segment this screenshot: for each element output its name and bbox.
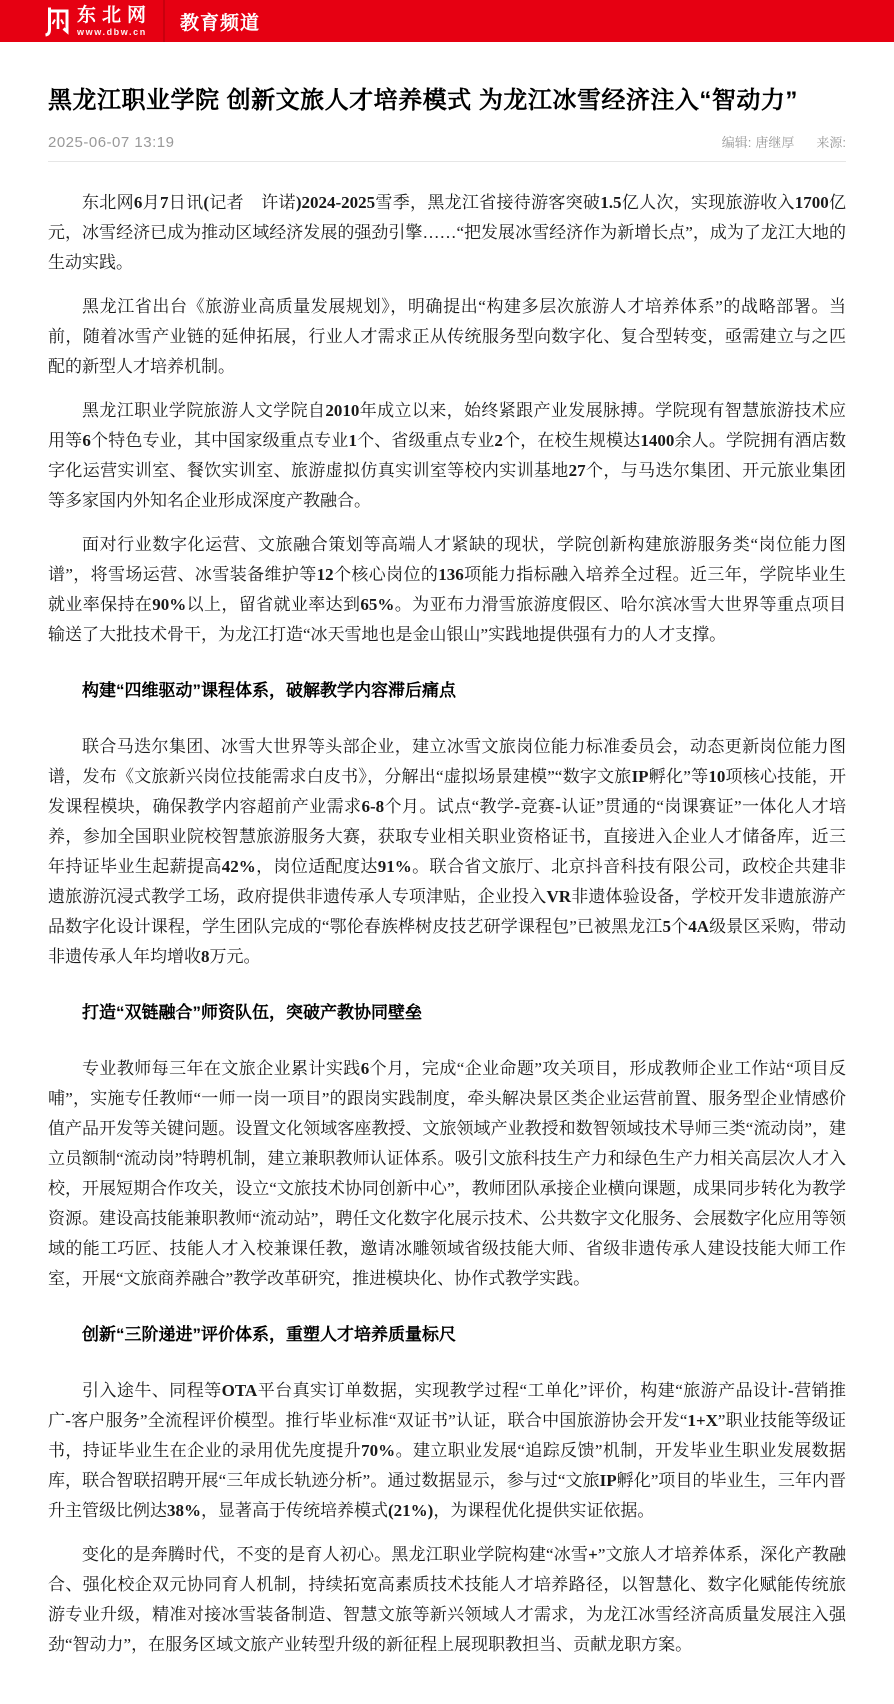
source-label: 来源:: [816, 135, 846, 150]
publish-time: 2025-06-07 13:19: [48, 134, 174, 151]
article-paragraph: 联合马迭尔集团、冰雪大世界等头部企业，建立冰雪文旅岗位能力标准委员会，动态更新岗…: [48, 732, 846, 972]
section-heading: 创新“三阶递进”评价体系，重塑人才培养质量标尺: [48, 1320, 846, 1350]
dbw-logo-icon: [44, 5, 70, 37]
editor-name: 唐继厚: [755, 135, 794, 150]
article-paragraph: 变化的是奔腾时代，不变的是育人初心。黑龙江职业学院构建“冰雪+”文旅人才培养体系…: [48, 1540, 846, 1660]
channel-tab[interactable]: 教育频道: [165, 0, 260, 42]
page-title: 黑龙江职业学院 创新文旅人才培养模式 为龙江冰雪经济注入“智动力”: [48, 84, 846, 118]
section-heading: 打造“双链融合”师资队伍，突破产教协同壁垒: [48, 998, 846, 1028]
article-page: 黑龙江职业学院 创新文旅人才培养模式 为龙江冰雪经济注入“智动力” 2025-0…: [0, 84, 894, 1704]
article-paragraph: 黑龙江省出台《旅游业高质量发展规划》，明确提出“构建多层次旅游人才培养体系”的战…: [48, 292, 846, 382]
logo-url: www.dbw.cn: [77, 27, 152, 37]
top-bar: 东北网 www.dbw.cn 教育频道: [0, 0, 894, 42]
article-paragraph: 东北网6月7日讯(记者 许诺)2024-2025雪季，黑龙江省接待游客突破1.5…: [48, 188, 846, 278]
article-paragraph: 专业教师每三年在文旅企业累计实践6个月，完成“企业命题”攻关项目，形成教师企业工…: [48, 1054, 846, 1294]
meta-row: 2025-06-07 13:19 编辑:唐继厚来源:: [48, 132, 846, 151]
logo-text: 东北网 www.dbw.cn: [77, 6, 152, 37]
article-paragraph: 引入途牛、同程等OTA平台真实订单数据，实现教学过程“工单化”评价，构建“旅游产…: [48, 1376, 846, 1526]
section-heading: 构建“四维驱动”课程体系，破解教学内容滞后痛点: [48, 676, 846, 706]
logo-name: 东北网: [77, 6, 152, 26]
editor-label: 编辑:: [722, 135, 752, 150]
article-paragraph: 面对行业数字化运营、文旅融合策划等高端人才紧缺的现状，学院创新构建旅游服务类“岗…: [48, 530, 846, 650]
site-logo[interactable]: 东北网 www.dbw.cn: [44, 0, 152, 42]
meta-right: 编辑:唐继厚来源:: [722, 132, 846, 151]
article-body: 东北网6月7日讯(记者 许诺)2024-2025雪季，黑龙江省接待游客突破1.5…: [48, 162, 846, 1704]
article-paragraph: 黑龙江职业学院旅游人文学院自2010年成立以来，始终紧跟产业发展脉搏。学院现有智…: [48, 396, 846, 516]
